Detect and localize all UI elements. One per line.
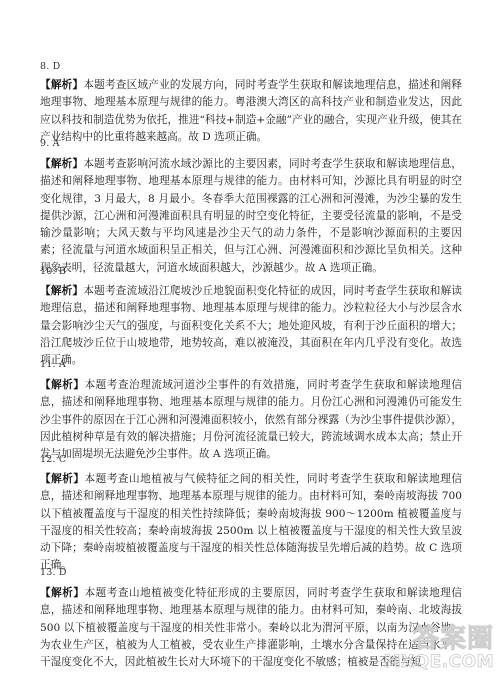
analysis-tag: 【解析】 [40,473,84,485]
answer-label-8: 8. D [40,61,61,73]
analysis-paragraph-9: 【解析】本题考查影响河流水域沙源比的主要因素，同时考查学生获取和解读地理信息，描… [40,156,462,277]
analysis-text: 本题考查治理流域河道沙尘事件的有效措施，同时考查学生获取和解读地理信息，描述和阐… [40,379,462,460]
answer-label-11: 11. A [40,359,66,371]
analysis-text: 本题考查流域沿江爬坡沙丘地貌面积变化特征的成因，同时考查学生获取和解读地理信息，… [40,285,462,366]
analysis-tag: 【解析】 [40,79,83,91]
analysis-paragraph-10: 【解析】本题考查流域沿江爬坡沙丘地貌面积变化特征的成因，同时考查学生获取和解读地… [40,283,462,369]
analysis-paragraph-12: 【解析】本题考查山地植被与气候特征之间的相关性，同时考查学生获取和解读地理信息，… [40,471,462,575]
analysis-tag: 【解析】 [40,587,84,599]
answer-label-9: 9. A [40,138,60,150]
analysis-text: 本题考查影响河流水域沙源比的主要因素，同时考查学生获取和解读地理信息，描述和阐释… [40,158,462,274]
analysis-paragraph-11: 【解析】本题考查治理流域河道沙尘事件的有效措施，同时考查学生获取和解读地理信息，… [40,377,462,463]
analysis-text: 本题考查区域产业的发展方向，同时考查学生获取和解读地理信息，描述和阐释地理事物、… [40,79,462,143]
analysis-tag: 【解析】 [40,285,83,297]
answer-label-10: 10. B [40,266,66,278]
analysis-text: 本题考查山地植被变化特征形成的主要原因，同时考查学生获取和解读地理信息，描述和阐… [40,587,462,668]
answer-label-12: 12. C [40,454,66,466]
analysis-text: 本题考查山地植被与气候特征之间的相关性，同时考查学生获取和解读地理信息，描述和阐… [40,473,462,571]
analysis-paragraph-13: 【解析】本题考查山地植被变化特征形成的主要原因，同时考查学生获取和解读地理信息，… [40,585,462,671]
analysis-tag: 【解析】 [40,158,83,170]
analysis-tag: 【解析】 [40,379,84,391]
answer-label-13: 13. D [40,567,67,579]
analysis-paragraph-8: 【解析】本题考查区域产业的发展方向，同时考查学生获取和解读地理信息，描述和阐释地… [40,77,462,146]
